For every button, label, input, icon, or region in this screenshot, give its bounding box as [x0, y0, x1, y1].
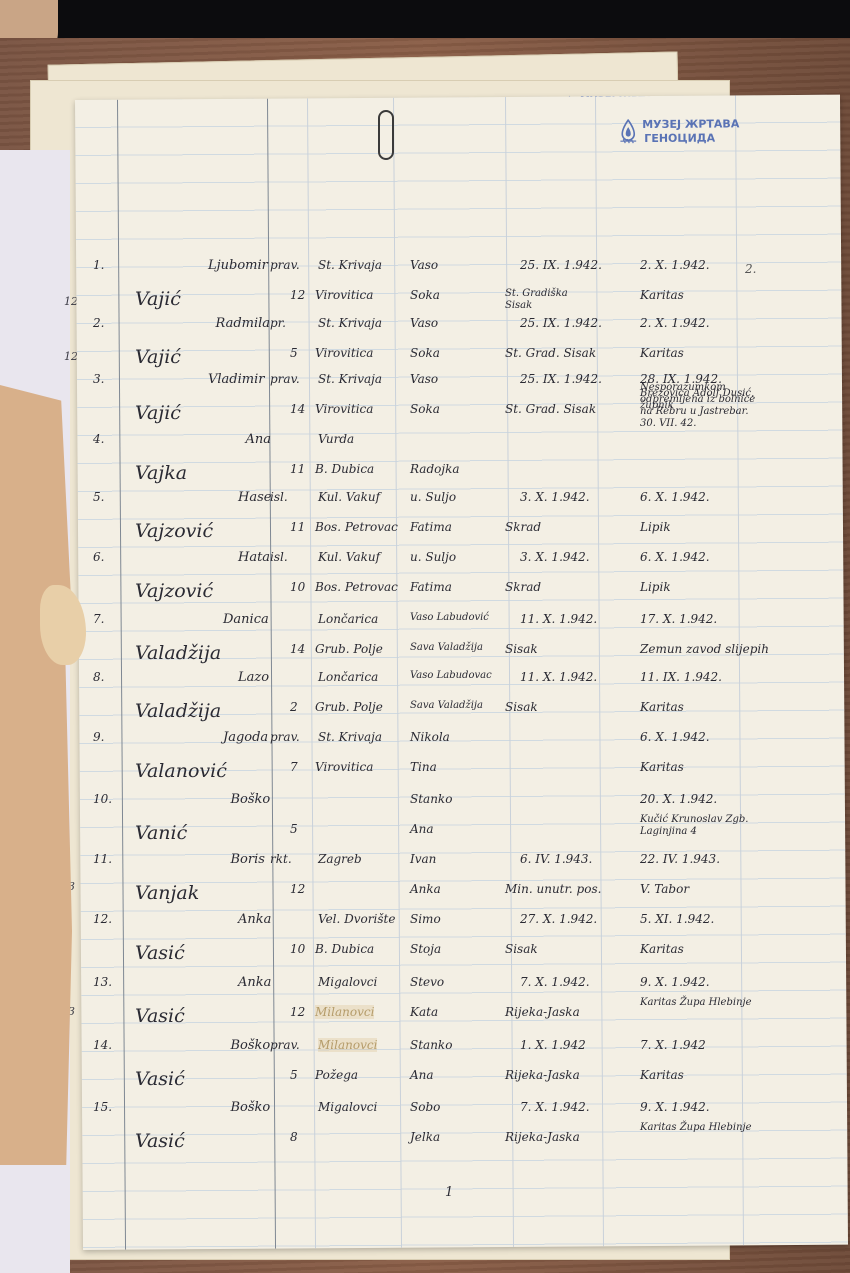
entry-no: 4.	[93, 432, 104, 446]
entry-mother: Kata	[410, 1005, 438, 1019]
entry-age: 5	[290, 346, 298, 360]
entry-dest: Zemun zavod slijepih	[640, 642, 769, 656]
entry-no: 5.	[93, 490, 104, 504]
entry-date1: 25. IX. 1.942.	[520, 372, 602, 386]
entry-place1: Kul. Vakuf	[318, 550, 380, 564]
entry-place1: Milanovci	[318, 1038, 377, 1052]
entry-place1: Kul. Vakuf	[318, 490, 380, 504]
entry-father: Vaso Labudovac	[410, 670, 500, 682]
entry-date1: 1. X. 1.942	[520, 1038, 586, 1052]
entry-mother: Ana	[410, 822, 434, 836]
entry-mother: Soka	[410, 346, 440, 360]
entry-status: rkt.	[270, 852, 292, 866]
entry-from: Rijeka-Jaska	[505, 1068, 580, 1082]
museum-logo-icon	[620, 119, 636, 145]
entry-surname: Vajić	[135, 288, 181, 310]
entry-mother: Radojka	[410, 462, 460, 476]
entry-from: Skrad	[505, 580, 541, 594]
entry-given: Ana	[246, 432, 272, 447]
entry-place2: Grub. Polje	[315, 642, 383, 656]
entry-given: Anka	[238, 975, 271, 990]
entry-mother: Sava Valadžija	[410, 642, 500, 654]
envelope	[0, 385, 72, 1165]
entry-father: Vaso	[410, 258, 438, 272]
entry-from: St. Gradiška Sisak	[505, 288, 595, 312]
entry-given: Boris	[231, 852, 265, 867]
entry-date1: 25. IX. 1.942.	[520, 258, 602, 272]
entry-place2: Milanovci	[315, 1005, 374, 1019]
entry-place2: B. Dubica	[315, 942, 374, 956]
entry-surname: Vasić	[135, 942, 185, 964]
entry-date2: 20. X. 1.942.	[640, 792, 717, 806]
entry-surname: Vajić	[135, 402, 181, 424]
entry-father: Sobo	[410, 1100, 440, 1114]
stamp-line1: МУЗЕЈ ЖРТАВА	[642, 117, 739, 132]
entry-father: Ivan	[410, 852, 436, 866]
entry-place1: Lončarica	[318, 612, 378, 626]
entry-from: Sisak	[505, 700, 538, 714]
entry-date2: 17. X. 1.942.	[640, 612, 717, 626]
entry-given: Anka	[238, 912, 271, 927]
entry-date2: 2. X. 1.942.	[640, 316, 710, 330]
entry-from: Min. unutr. pos.	[505, 882, 601, 896]
entry-place2: Bos. Petrovac	[315, 520, 398, 534]
entry-no: 9.	[93, 730, 104, 744]
entry-place2: Virovitica	[315, 760, 373, 774]
entry-date2: 22. IV. 1.943.	[640, 852, 720, 866]
entry-age: 2	[290, 700, 298, 714]
entry-dest: Karitas Župa Hlebinje	[640, 1122, 770, 1134]
entry-surname: Vajzović	[135, 580, 213, 602]
entry-surname: Vasić	[135, 1005, 185, 1027]
entry-mother: Fatima	[410, 520, 452, 534]
right-margin-number: 2.	[745, 262, 756, 276]
entry-dest: Karitas Župa Hlebinje	[640, 997, 770, 1009]
entry-date1: 7. X. 1.942.	[520, 975, 590, 989]
entry-given: Boško	[231, 1038, 271, 1053]
entry-date2: 11. IX. 1.942.	[640, 670, 722, 684]
museum-stamp: МУЗЕЈ ЖРТАВА ГЕНОЦИДА	[620, 117, 739, 146]
entry-from: St. Grad. Sisak	[505, 402, 596, 416]
entry-from: Skrad	[505, 520, 541, 534]
entry-surname: Valadžija	[135, 700, 221, 722]
entry-place1: St. Krivaja	[318, 730, 382, 744]
entry-age: 12	[290, 288, 305, 302]
entry-status: prav.	[270, 372, 300, 386]
entry-dest: Karitas	[640, 346, 684, 360]
stamp-line2: ГЕНОЦИДА	[642, 131, 739, 146]
entry-place1: St. Krivaja	[318, 372, 382, 386]
entry-given: Boško	[231, 1100, 271, 1115]
entry-date2: 2. X. 1.942.	[640, 258, 710, 272]
entry-surname: Valanović	[135, 760, 227, 782]
entry-place2: Virovitica	[315, 402, 373, 416]
entry-place2: Virovitica	[315, 346, 373, 360]
entry-age: 10	[290, 942, 305, 956]
entry-status: pr.	[270, 316, 286, 330]
page-number: 1	[445, 1185, 453, 1200]
entry-place1: Vel. Dvorište	[318, 912, 395, 926]
entry-age: 11	[290, 462, 305, 476]
entry-no: 10.	[93, 792, 112, 806]
entry-dest: Lipik	[640, 520, 671, 534]
entry-place2: Virovitica	[315, 288, 373, 302]
entry-no: 7.	[93, 612, 104, 626]
entry-date2: 9. X. 1.942.	[640, 1100, 710, 1114]
entry-father: Stanko	[410, 792, 452, 806]
entry-mother: Tina	[410, 760, 437, 774]
entry-place2: B. Dubica	[315, 462, 374, 476]
entry-dest: Karitas	[640, 760, 684, 774]
entry-place2: Bos. Petrovac	[315, 580, 398, 594]
entry-given: Lazo	[238, 670, 269, 685]
entry-dest: V. Tabor	[640, 882, 689, 896]
entry-surname: Vanić	[135, 822, 187, 844]
entry-date1: 6. IV. 1.943.	[520, 852, 592, 866]
entry-given: Radmila	[216, 316, 271, 331]
entry-age: 14	[290, 642, 305, 656]
paperclip-icon	[378, 110, 394, 160]
entry-father: Stanko	[410, 1038, 452, 1052]
entry-place1: Vurda	[318, 432, 354, 446]
entry-surname: Vajić	[135, 346, 181, 368]
entry-given: Danica	[223, 612, 269, 627]
entry-place1: Zagreb	[318, 852, 362, 866]
entry-date1: 3. X. 1.942.	[520, 550, 590, 564]
entry-place2: Grub. Polje	[315, 700, 383, 714]
entry-father: Simo	[410, 912, 441, 926]
entry-no: 14.	[93, 1038, 112, 1052]
entry-dest: Karitas	[640, 288, 684, 302]
entry-age: 5	[290, 1068, 298, 1082]
entry-status: isl.	[270, 490, 288, 504]
entry-surname: Vasić	[135, 1068, 185, 1090]
entry-surname: Vajzović	[135, 520, 213, 542]
entry-mother: Ana	[410, 1068, 434, 1082]
entry-date2: 6. X. 1.942.	[640, 490, 710, 504]
entry-dest: Karitas	[640, 1068, 684, 1082]
entry-place1: St. Krivaja	[318, 258, 382, 272]
entry-surname: Vasić	[135, 1130, 185, 1152]
entry-date1: 11. X. 1.942.	[520, 612, 597, 626]
entry-date1: 27. X. 1.942.	[520, 912, 597, 926]
entry-dest: Kučić Krunoslav Zgb. Laginjina 4	[640, 814, 760, 838]
entry-mother: Jelka	[410, 1130, 440, 1144]
entry-place1: St. Krivaja	[318, 316, 382, 330]
entry-status: prav.	[270, 258, 300, 272]
entry-father: Vaso	[410, 372, 438, 386]
entry-surname: Valadžija	[135, 642, 221, 664]
entry-age: 10	[290, 580, 305, 594]
entry-father: u. Suljo	[410, 490, 456, 504]
entry-mother: Fatima	[410, 580, 452, 594]
entry-date2: 5. XI. 1.942.	[640, 912, 714, 926]
entry-date2: 6. X. 1.942.	[640, 730, 710, 744]
entry-date1: 7. X. 1.942.	[520, 1100, 590, 1114]
entry-dest: Karitas	[640, 942, 684, 956]
entry-no: 1.	[93, 258, 104, 272]
entry-from: St. Grad. Sisak	[505, 346, 596, 360]
entry-from: Rijeka-Jaska	[505, 1005, 580, 1019]
entry-age: 12	[290, 1005, 305, 1019]
entry-given: Boško	[231, 792, 271, 807]
entry-father: u. Suljo	[410, 550, 456, 564]
entry-date2: 9. X. 1.942.	[640, 975, 710, 989]
entry-age: 12	[290, 882, 305, 896]
entry-date1: 3. X. 1.942.	[520, 490, 590, 504]
entry-age: 11	[290, 520, 305, 534]
entry-father: Vaso Labudović	[410, 612, 500, 624]
entry-no: 13.	[93, 975, 112, 989]
entry-given: Ljubomir	[208, 258, 268, 273]
entry-mother: Anka	[410, 882, 441, 896]
entry-age: 7	[290, 760, 298, 774]
entry-place1: Migalovci	[318, 975, 377, 989]
entry-father: Stevo	[410, 975, 444, 989]
entry-mother: Stoja	[410, 942, 441, 956]
entry-place2: Požega	[315, 1068, 358, 1082]
entry-father: Vaso	[410, 316, 438, 330]
entry-date2: 6. X. 1.942.	[640, 550, 710, 564]
entry-mother: Soka	[410, 288, 440, 302]
entry-father: Nikola	[410, 730, 450, 744]
entry-surname: Vajka	[135, 462, 187, 484]
entry-place1: Migalovci	[318, 1100, 377, 1114]
entry-date1: 25. IX. 1.942.	[520, 316, 602, 330]
entry-no: 15.	[93, 1100, 112, 1114]
entry-age: 5	[290, 822, 298, 836]
entry-mother: Soka	[410, 402, 440, 416]
entry-status: prav.	[270, 730, 300, 744]
entry-from: Sisak	[505, 642, 538, 656]
entry-given: Jagoda	[223, 730, 268, 745]
entry-from: Sisak	[505, 942, 538, 956]
entry-surname: Vanjak	[135, 882, 199, 904]
entry-given: Hase	[238, 490, 271, 505]
entry-place1: Lončarica	[318, 670, 378, 684]
entry-status: prav.	[270, 1038, 300, 1052]
entry-no: 2.	[93, 316, 104, 330]
entry-from: Rijeka-Jaska	[505, 1130, 580, 1144]
entry-date1: 11. X. 1.942.	[520, 670, 597, 684]
entry-age: 8	[290, 1130, 298, 1144]
background-dark	[0, 0, 850, 40]
entry-no: 12.	[93, 912, 112, 926]
entry-status: isl.	[270, 550, 288, 564]
entry-age: 14	[290, 402, 305, 416]
entry-no: 3.	[93, 372, 104, 386]
entry-no: 8.	[93, 670, 104, 684]
entry-date2: 7. X. 1.942	[640, 1038, 706, 1052]
entry-mother: Sava Valadžija	[410, 700, 500, 712]
entry-given: Hata	[238, 550, 270, 565]
entry-no: 11.	[93, 852, 112, 866]
entry-given: Vladimir	[208, 372, 264, 387]
entry-dest: Lipik	[640, 580, 671, 594]
entry-no: 6.	[93, 550, 104, 564]
entry-dest: Karitas	[640, 700, 684, 714]
entry-dest: Nesporazumkom odpremljena iz bolnice na …	[640, 382, 760, 430]
